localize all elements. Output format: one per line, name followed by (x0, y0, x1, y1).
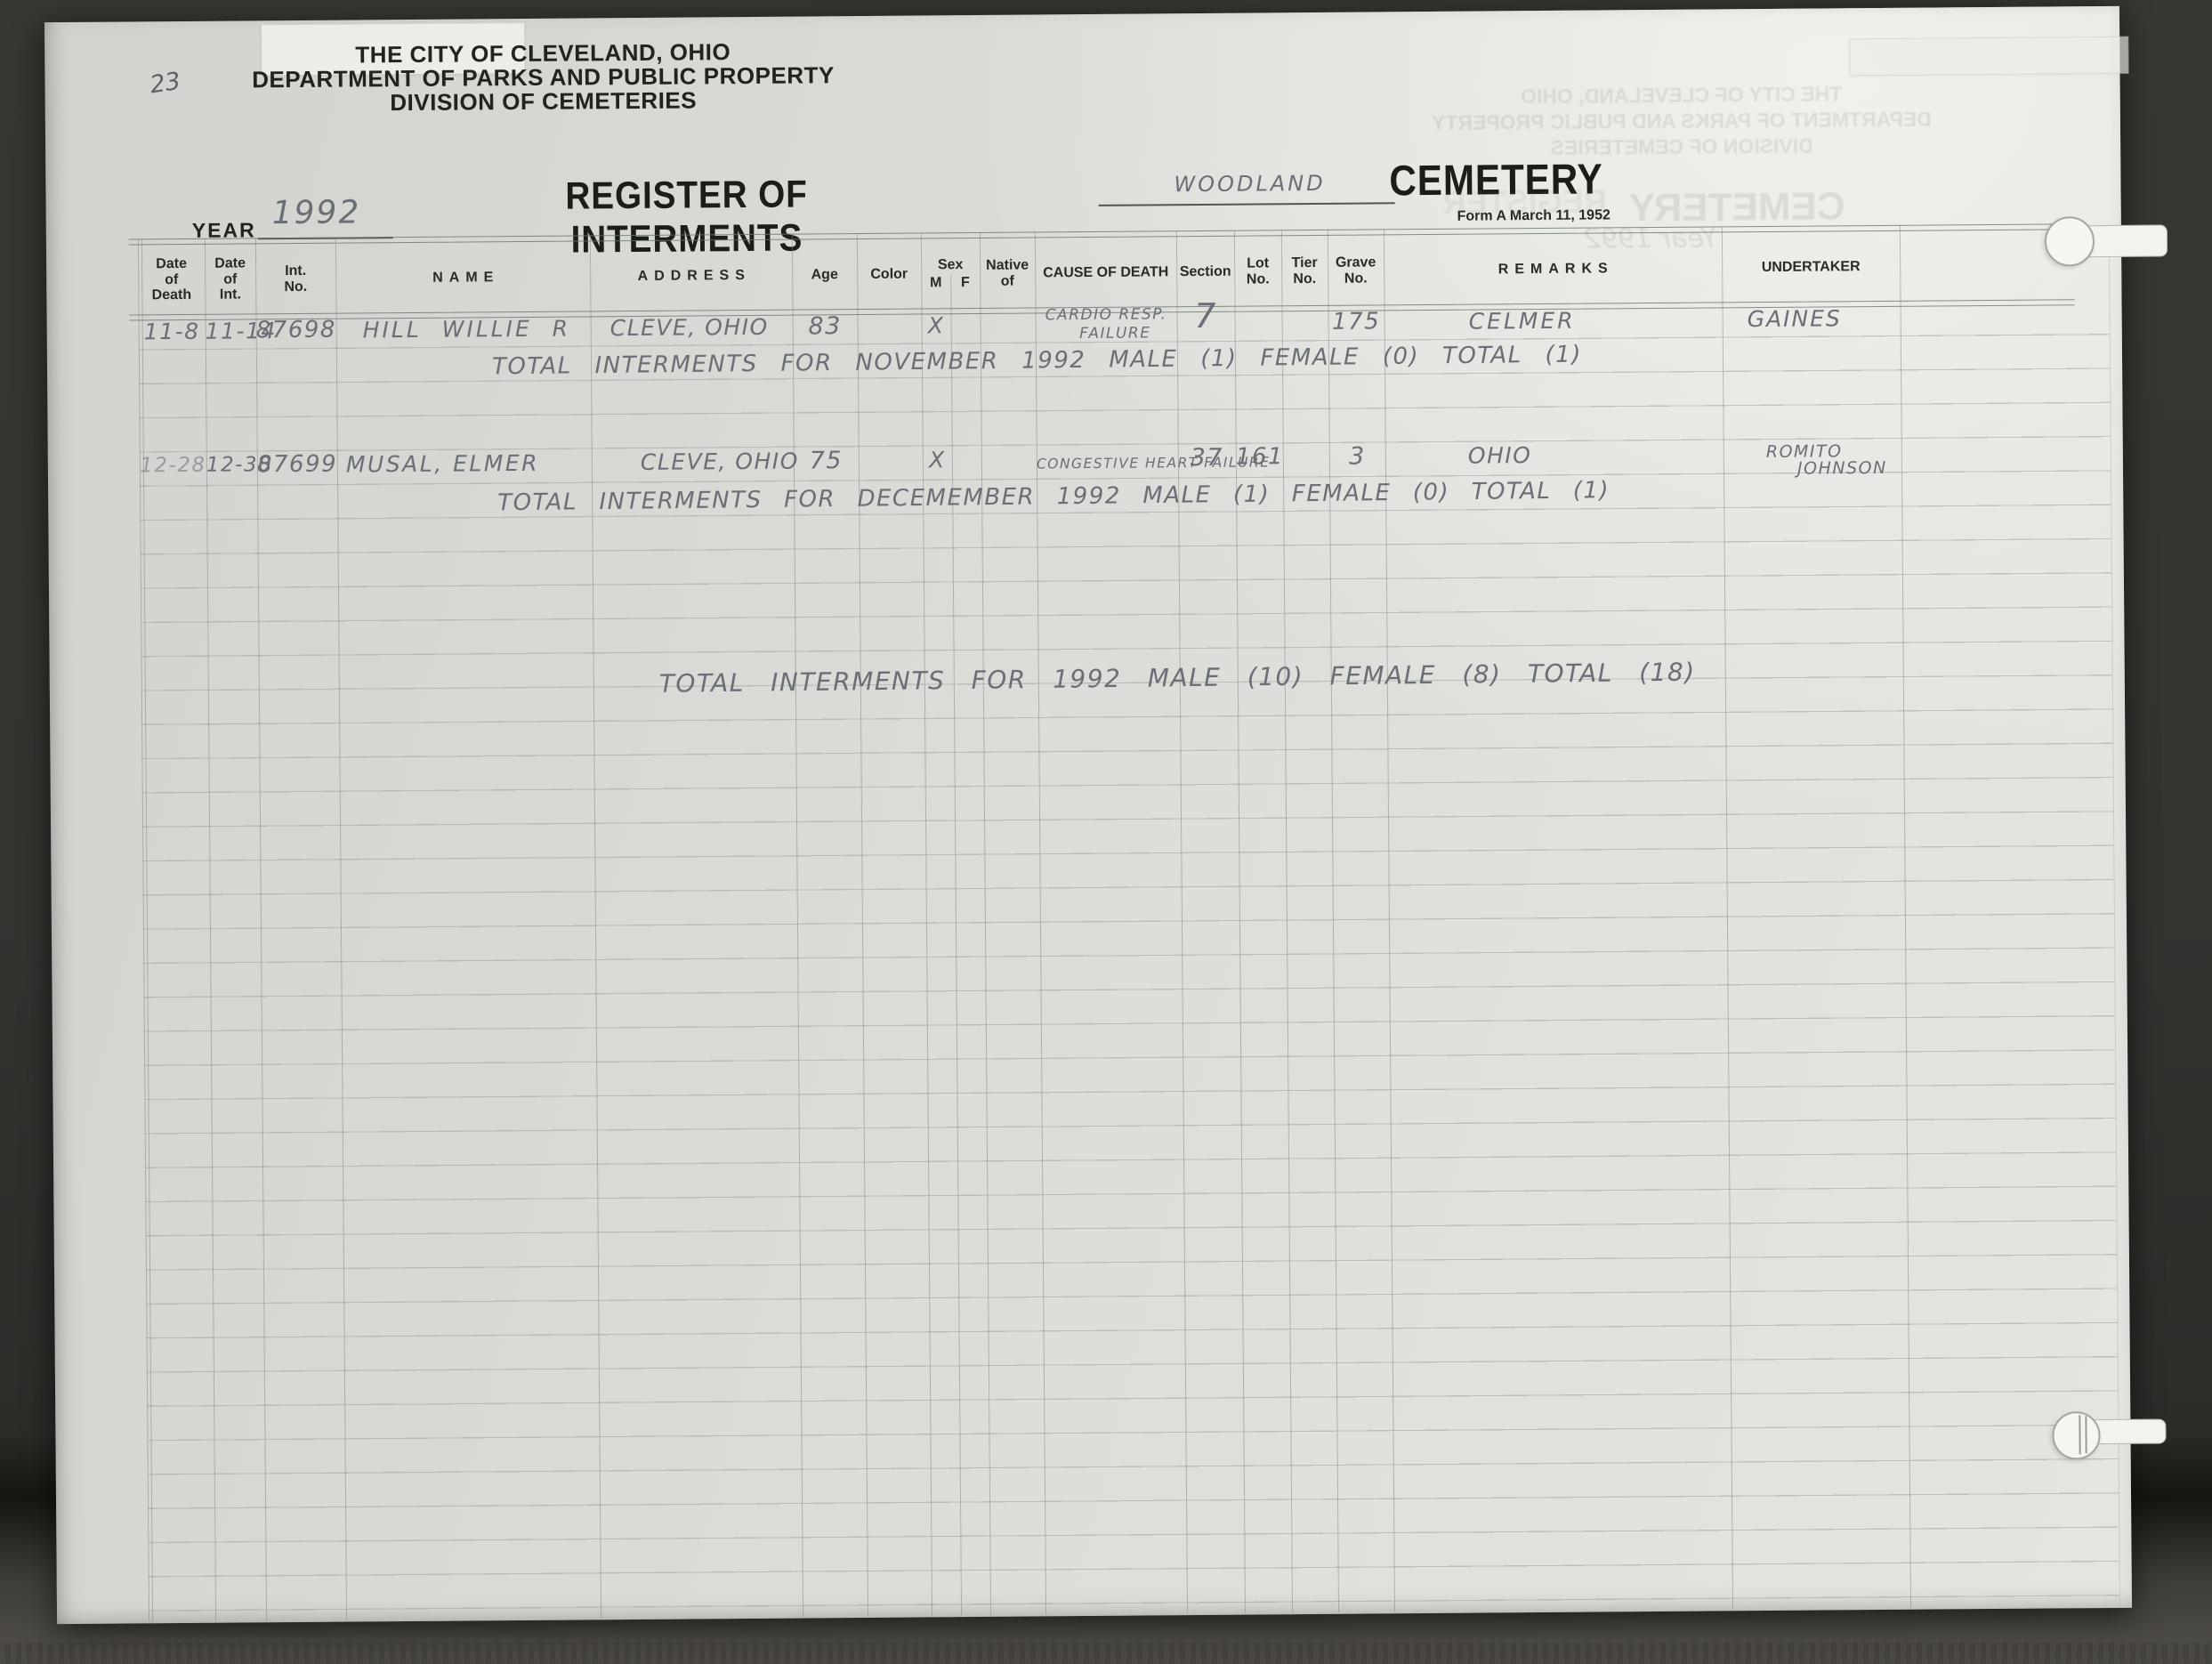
summary-word: NOVEMBER (855, 348, 998, 376)
entry-2-cell-undertaker: ROMITOJOHNSON (1724, 443, 1901, 479)
fastener-clasp-line (2079, 1415, 2080, 1454)
fastener-grommet-top (2045, 216, 2095, 266)
entry-1-cell-grave: 175 (1328, 312, 1385, 331)
summary-word: (1) (1545, 341, 1582, 368)
summary-word: (1) (1573, 477, 1611, 504)
column-header-date_death: DateofDeath (138, 246, 206, 315)
column-header-tier: TierNo. (1281, 237, 1328, 305)
entry-2-cell-date_int: 12-30 (206, 456, 257, 474)
summary-word: FEMALE (1329, 660, 1436, 691)
summary-word: TOTAL (659, 668, 745, 699)
fastener-clasp-line (2085, 1416, 2087, 1453)
summary-word: (0) (1383, 343, 1420, 370)
summary-word: (10) (1247, 662, 1304, 692)
entry-1-cell-remarks: CELMER (1385, 310, 1723, 331)
column-header-sex: SexMF (921, 239, 981, 309)
summary-word: TOTAL (1471, 478, 1551, 505)
ghost-header-lines: THE CITY OF CLEVELAND, OHIODEPARTMENT OF… (1426, 80, 1938, 162)
entry-2-cell-int_no: 87699 (257, 456, 337, 475)
entry-1-cell-age: 83 (793, 317, 858, 336)
entry-2-cell-age: 75 (794, 451, 859, 471)
summary-word: FOR (780, 350, 832, 377)
entry-2-cell-section: 37 (1178, 448, 1236, 468)
column-header-native: Nativeof (980, 238, 1036, 307)
register-page-paper: 23 THE CITY OF CLEVELAND, OHIO DEPARTMEN… (44, 6, 2132, 1624)
summary-word: (1) (1233, 481, 1271, 508)
column-header-int_no: Int.No. (255, 245, 336, 314)
summary-word: INTERMENTS (594, 351, 758, 379)
summary-word: FOR (971, 665, 1026, 695)
entry-2-cell-name: MUSAL, ELMER (337, 453, 592, 473)
summary-word: (1) (1200, 345, 1238, 372)
column-header-name: NAME (335, 242, 591, 312)
entry-1-cell-date_int: 11-14 (206, 321, 256, 340)
entry-1-cell-sex_m: X (922, 316, 951, 335)
entry-1-cell-undertaker: GAINES (1723, 309, 1901, 329)
entry-1-cell-cause: CARDIO RESP.FAILURE (1036, 305, 1177, 343)
column-header-address: ADDRESS (590, 241, 793, 311)
cemetery-name-blank-line: WOODLAND (1098, 175, 1394, 206)
summary-word: DECEMEMBER (857, 484, 1035, 513)
summary-word: 1992 (1053, 664, 1122, 694)
entry-1-cell-name: HILL WILLIE R (336, 319, 591, 339)
column-header-lot: LotNo. (1234, 237, 1282, 305)
column-header-age: Age (792, 240, 858, 310)
agency-header: THE CITY OF CLEVELAND, OHIO DEPARTMENT O… (196, 39, 891, 117)
entry-2-cell-date_death: 12-28 (140, 456, 206, 476)
entry-1-cell-date_death: 11-8 (139, 322, 206, 342)
summary-word: FOR (784, 486, 836, 513)
entry-2-cell-cause: CONGESTIVE HEART FAILURE (1037, 454, 1178, 473)
summary-word: TOTAL (1442, 342, 1522, 369)
ghost-register-word: REGISTER (1442, 182, 1606, 221)
page-number: 23 (148, 68, 182, 100)
entry-1-cell-address: CLEVE, OHIO (591, 318, 793, 338)
entry-2-cell-grave: 3 (1329, 447, 1385, 465)
summary-word: FEMALE (1292, 480, 1392, 507)
summary-word: MALE (1109, 346, 1177, 374)
entry-1-cell-section: 7 (1177, 307, 1235, 327)
scanned-ledger-scan: 23 THE CITY OF CLEVELAND, OHIO DEPARTMEN… (0, 0, 2212, 1664)
fastener-grommet-bottom (2052, 1411, 2100, 1459)
column-header-cause: CAUSE OF DEATH (1035, 238, 1177, 307)
entry-2-cell-lot: 161 (1236, 448, 1283, 466)
column-header-color: Color (857, 239, 922, 309)
entry-2-cell-remarks: OHIO (1385, 444, 1724, 465)
summary-word: 1992 (1021, 347, 1086, 375)
entry-2-cell-address: CLEVE, OHIO (592, 452, 794, 473)
cemetery-name-handwritten: WOODLAND (1174, 171, 1325, 197)
summary-word: MALE (1142, 481, 1211, 509)
column-header-date_int: DateofInt. (205, 245, 256, 313)
interments-table: DateofDeathDateofInt.Int.No.NAMEADDRESSA… (44, 6, 2119, 22)
year-value-handwritten: 1992 (271, 194, 360, 231)
summary-word: (0) (1413, 479, 1450, 505)
summary-word: TOTAL (492, 352, 572, 380)
bleedthrough-ghost-text: THE CITY OF CLEVELAND, OHIODEPARTMENT OF… (1426, 80, 1939, 263)
ghost-year-note: Year 1992 (1584, 222, 1717, 254)
tape-patch-top-right (1849, 36, 2128, 76)
summary-word: INTERMENTS (599, 487, 763, 515)
summary-word: 1992 (1056, 482, 1121, 510)
summary-word: INTERMENTS (771, 666, 945, 697)
book-cover-fabric-edge (0, 1643, 2212, 1664)
entry-2-cell-sex_m: X (923, 450, 952, 469)
summary-word: MALE (1148, 663, 1222, 693)
summary-word: (8) (1462, 659, 1502, 689)
column-header-grave: GraveNo. (1328, 236, 1385, 304)
summary-word: TOTAL (1528, 658, 1613, 689)
summary-word: TOTAL (497, 489, 577, 516)
summary-word: (18) (1639, 658, 1696, 688)
summary-word: FEMALE (1260, 343, 1360, 371)
entry-1-cell-int_no: 87698 (256, 321, 336, 341)
